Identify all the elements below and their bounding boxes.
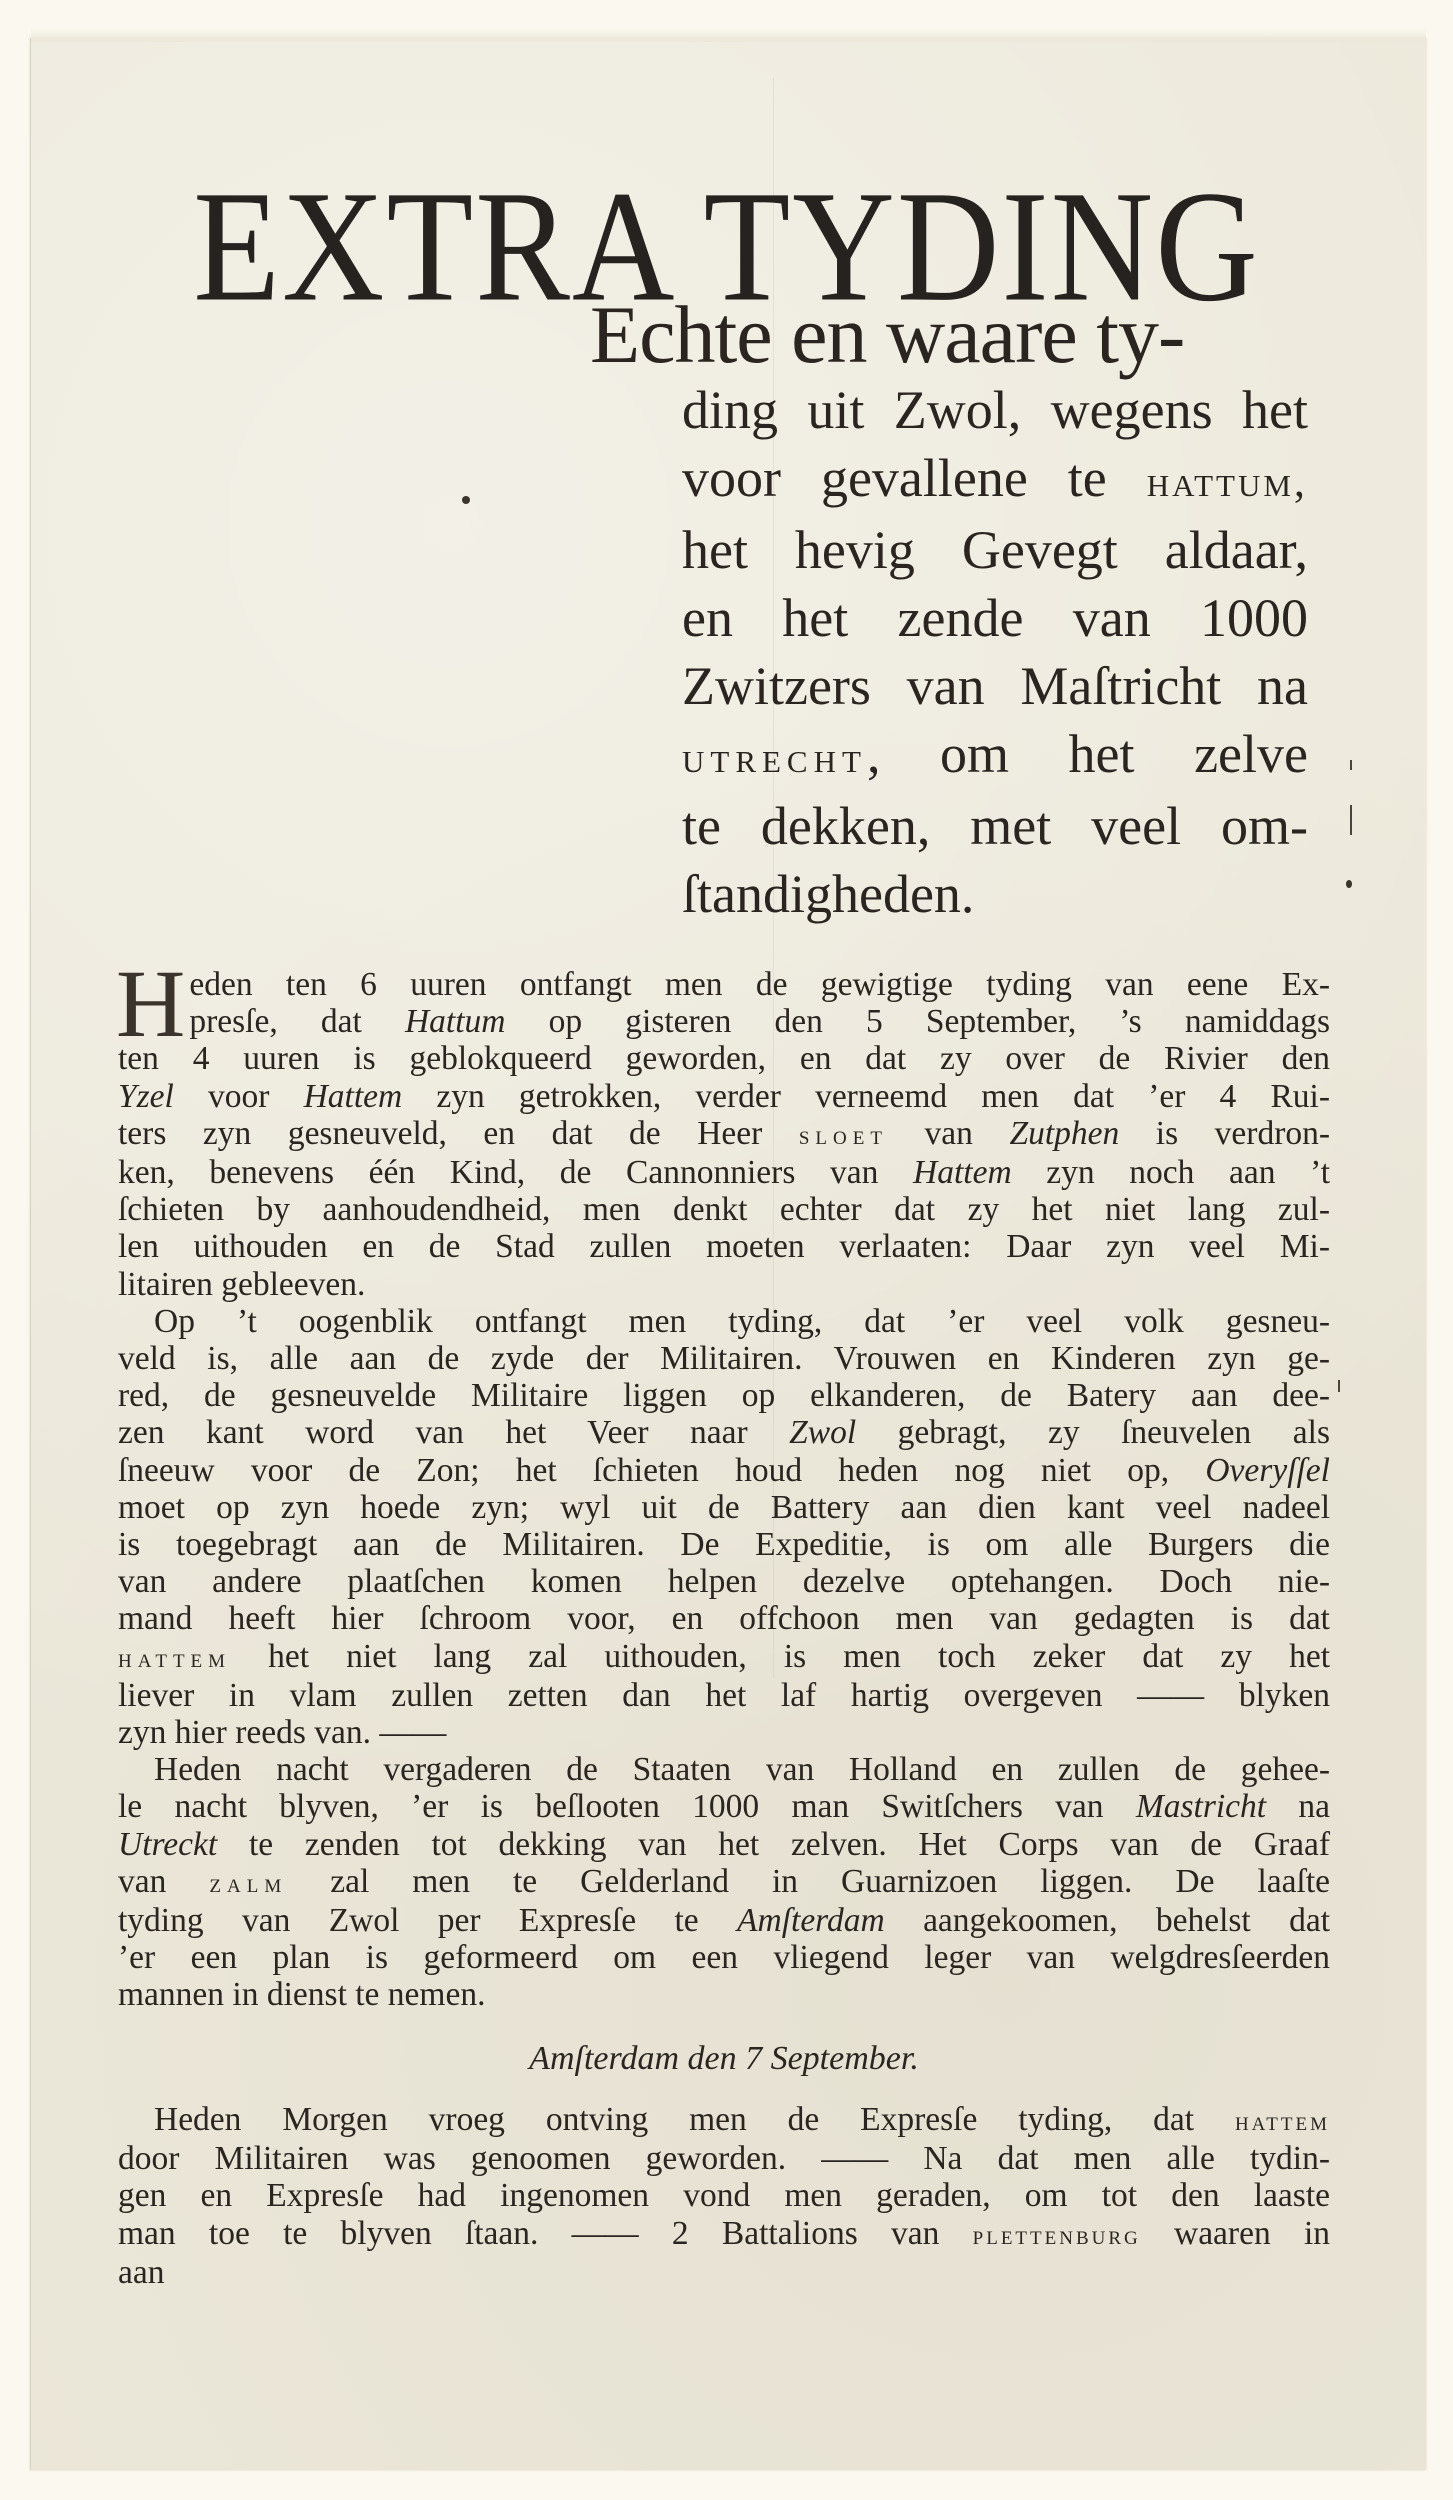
place-name: Zwol [789, 1414, 856, 1451]
place-name: Zutphen [1009, 1115, 1119, 1152]
ink-speck [1346, 880, 1352, 888]
text-line: ’er een plan is geformeerd om een vliege… [118, 1939, 1330, 1976]
place-name: Hattum [405, 1003, 506, 1040]
subtitle-line: Zwitzers van Maſtricht na [590, 652, 1308, 720]
margin-mark [1338, 1380, 1340, 1392]
text-line: moet op zyn hoede zyn; wyl uit de Batter… [118, 1489, 1330, 1526]
text-line: mand heeft hier ſchroom voor, en offchoo… [118, 1600, 1330, 1637]
subtitle-first-line: Echte en waare ty- [590, 290, 1330, 380]
text-line: Heden nacht vergaderen de Staaten van Ho… [118, 1751, 1330, 1788]
text-line: liever in vlam zullen zetten dan het laf… [118, 1677, 1330, 1714]
catchword: aan [118, 2254, 1330, 2291]
place-name: Hattem [913, 1154, 1012, 1191]
person-name: ZALM [209, 1868, 287, 1898]
place-name: Amſterdam [737, 1902, 885, 1939]
text-line: gen en Expresſe had ingenomen vond men g… [118, 2177, 1330, 2214]
paragraph-4: Heden Morgen vroeg ontving men de Expres… [118, 2101, 1330, 2291]
place-name: Hattem [304, 1078, 403, 1115]
text-line: Heden Morgen vroeg ontving men de Expres… [118, 2101, 1330, 2140]
paragraph-2: Op ’t oogenblik ontfangt men tyding, dat… [118, 1303, 1330, 1751]
text-line: Yzel voor Hattem zyn getrokken, verder v… [118, 1078, 1330, 1115]
text-line: door Militairen was genoomen geworden. —… [118, 2140, 1330, 2177]
text-run: te zenden tot dekking van het zelven. He… [249, 1826, 1330, 1863]
text-run: man toe te blyven ſtaan. —— 2 Battalions… [118, 2215, 939, 2252]
text-run: ters zyn gesneuveld, en dat de Heer [118, 1115, 762, 1152]
text-line: van ZALM zal men te Gelderland in Guarni… [118, 1863, 1330, 1902]
text-run: het niet lang zal uithouden, is men toch… [268, 1638, 1330, 1675]
text-run: zyn getrokken, verder verneemd men dat ’… [436, 1078, 1330, 1115]
text-run: van [118, 1863, 166, 1900]
text-line: man toe te blyven ſtaan. —— 2 Battalions… [118, 2215, 1330, 2254]
text-run: le nacht blyven, ’er is beſlooten 1000 m… [118, 1788, 1104, 1825]
place-name: Utreckt [118, 1826, 217, 1863]
text-run: voor [208, 1078, 269, 1115]
subtitle-line: UTRECHT, om het zelve [590, 720, 1308, 792]
text-run: na [1298, 1788, 1330, 1825]
dateline: Amſterdam den 7 September. [118, 2040, 1330, 2077]
subtitle-line: ding uit Zwol, wegens het [590, 376, 1308, 444]
paragraph-3: Heden nacht vergaderen de Staaten van Ho… [118, 1751, 1330, 2013]
place-name: HATTEM [1235, 2106, 1330, 2136]
text-run: op gisteren den 5 September, ’s namiddag… [549, 1003, 1330, 1040]
text-line: zyn hier reeds van. —— [118, 1714, 1330, 1751]
text-line: veld is, alle aan de zyde der Militairen… [118, 1340, 1330, 1377]
subtitle-line: het hevig Gevegt aldaar, [590, 516, 1308, 584]
ink-speck [462, 496, 470, 504]
subtitle-block: Echte en waare ty- ding uit Zwol, wegens… [590, 290, 1330, 928]
text-run: ken, benevens één Kind, de Cannonniers v… [118, 1154, 878, 1191]
text-run: aangekoomen, behelst dat [923, 1902, 1330, 1939]
text-run: Heden Morgen vroeg ontving men de Expres… [154, 2101, 1194, 2138]
text-line: is toegebragt aan de Militairen. De Expe… [118, 1526, 1330, 1563]
margin-mark [1350, 805, 1352, 835]
place-name-utrecht: UTRECHT [682, 733, 867, 782]
text-line: ſneeuw voor de Zon; het ſchieten houd he… [118, 1452, 1330, 1489]
text-run: is verdron- [1156, 1115, 1330, 1152]
text-run: ſneeuw voor de Zon; het ſchieten houd he… [118, 1452, 1169, 1489]
text-run: tyding van Zwol per Expresſe te [118, 1902, 699, 1939]
text-line: Op ’t oogenblik ontfangt men tyding, dat… [118, 1303, 1330, 1340]
place-name: Mastricht [1136, 1788, 1266, 1825]
place-name: Overyſſel [1205, 1452, 1330, 1489]
text-line: HATTEM het niet lang zal uithouden, is m… [118, 1638, 1330, 1677]
river-name: Yzel [118, 1078, 174, 1115]
text-line: presſe, dat Hattum op gisteren den 5 Sep… [118, 1003, 1330, 1040]
text-line: zen kant word van het Veer naar Zwol geb… [118, 1414, 1330, 1451]
text-line: litairen gebleeven. [118, 1266, 1330, 1303]
subtitle-line: te dekken, met veel om- [590, 792, 1308, 860]
text-run: gebragt, zy ſneuvelen als [898, 1414, 1330, 1451]
text-run: zal men te Gelderland in Guarnizoen ligg… [330, 1863, 1330, 1900]
subtitle-text: voor gevallene te [682, 448, 1107, 508]
article-body: H eden ten 6 uuren ontfangt men de gewig… [118, 966, 1330, 2291]
text-run: waaren in [1174, 2215, 1330, 2252]
text-line: len uithouden en de Stad zullen moeten v… [118, 1228, 1330, 1265]
subtitle-line: ſtandigheden. [590, 860, 1308, 928]
text-line: tyding van Zwol per Expresſe te Amſterda… [118, 1902, 1330, 1939]
text-run: presſe, dat [189, 1003, 361, 1040]
drop-cap: H [116, 966, 185, 1040]
text-line: eden ten 6 uuren ontfangt men de gewigti… [118, 966, 1330, 1003]
text-line: ten 4 uuren is geblokqueerd geworden, en… [118, 1040, 1330, 1077]
text-run: van [925, 1115, 973, 1152]
text-line: red, de gesneuvelde Militaire liggen op … [118, 1377, 1330, 1414]
margin-mark [1350, 760, 1352, 770]
person-name: PLETTENBURG [973, 2220, 1141, 2250]
subtitle-line: en het zende van 1000 [590, 584, 1308, 652]
paragraph-1: H eden ten 6 uuren ontfangt men de gewig… [118, 966, 1330, 1303]
text-line: Utreckt te zenden tot dekking van het ze… [118, 1826, 1330, 1863]
place-name: HATTEM [118, 1643, 231, 1673]
text-run: zyn noch aan ’t [1046, 1154, 1330, 1191]
text-run: zen kant word van het Veer naar [118, 1414, 748, 1451]
subtitle-text: , om het zelve [867, 724, 1308, 784]
person-name: SLOET [799, 1120, 888, 1150]
text-line: le nacht blyven, ’er is beſlooten 1000 m… [118, 1788, 1330, 1825]
place-name-hattum: HATTUM, [1147, 457, 1308, 506]
text-line: mannen in dienst te nemen. [118, 1976, 1330, 2013]
text-line: ſchieten by aanhoudendheid, men denkt ec… [118, 1191, 1330, 1228]
text-line: ters zyn gesneuveld, en dat de Heer SLOE… [118, 1115, 1330, 1154]
subtitle-line: voor gevallene te HATTUM, [590, 444, 1308, 516]
text-line: van andere plaatſchen komen helpen dezel… [118, 1563, 1330, 1600]
text-line: ken, benevens één Kind, de Cannonniers v… [118, 1154, 1330, 1191]
